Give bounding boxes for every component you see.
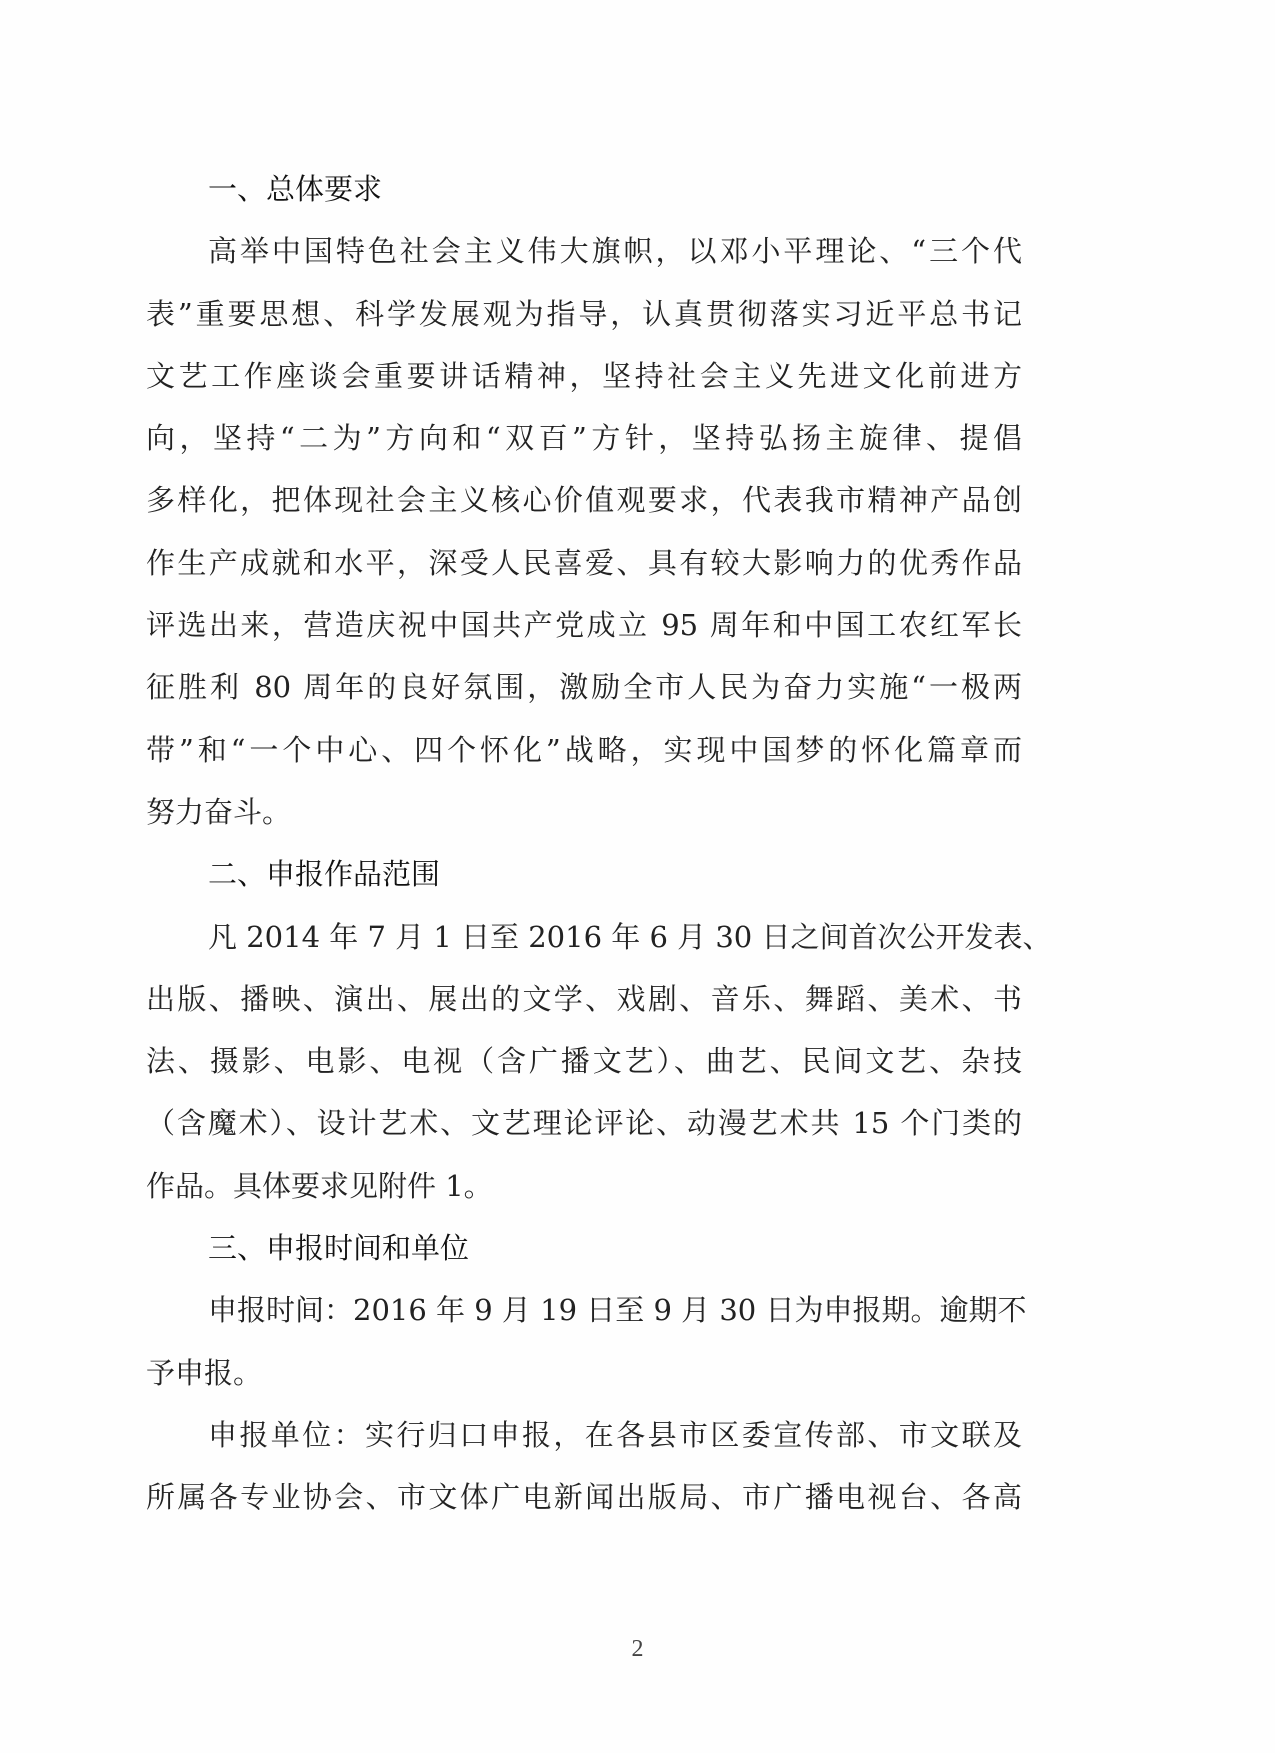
paragraph-line: 所属各专业协会、市文体广电新闻出版局、市广播电视台、各高: [146, 1466, 1022, 1528]
document-page: 一、总体要求 高举中国特色社会主义伟大旗帜，以邓小平理论、“三个代 表”重要思想…: [0, 0, 1275, 1753]
document-body: 一、总体要求 高举中国特色社会主义伟大旗帜，以邓小平理论、“三个代 表”重要思想…: [146, 158, 1022, 1529]
paragraph-line: 作品。具体要求见附件 1。: [146, 1155, 1022, 1217]
paragraph-line: 多样化，把体现社会主义核心价值观要求，代表我市精神产品创: [146, 469, 1022, 531]
paragraph-line: 文艺工作座谈会重要讲话精神，坚持社会主义先进文化前进方: [146, 345, 1022, 407]
paragraph-line: 征胜利 80 周年的良好氛围，激励全市人民为奋力实施“一极两: [146, 656, 1022, 718]
page-number: 2: [0, 1636, 1275, 1663]
paragraph-line: 申报单位：实行归口申报，在各县市区委宣传部、市文联及: [146, 1404, 1022, 1466]
paragraph-line: 带”和“一个中心、四个怀化”战略，实现中国梦的怀化篇章而: [146, 719, 1022, 781]
paragraph-line: 申报时间：2016 年 9 月 19 日至 9 月 30 日为申报期。逾期不: [146, 1279, 1022, 1341]
paragraph-line: 努力奋斗。: [146, 781, 1022, 843]
paragraph-line: （含魔术）、设计艺术、文艺理论评论、动漫艺术共 15 个门类的: [146, 1092, 1022, 1154]
paragraph-line: 评选出来，营造庆祝中国共产党成立 95 周年和中国工农红军长: [146, 594, 1022, 656]
paragraph-line: 高举中国特色社会主义伟大旗帜，以邓小平理论、“三个代: [146, 220, 1022, 282]
paragraph-line: 凡 2014 年 7 月 1 日至 2016 年 6 月 30 日之间首次公开发…: [146, 906, 1022, 968]
paragraph-line: 作生产成就和水平，深受人民喜爱、具有较大影响力的优秀作品: [146, 532, 1022, 594]
section-heading-time-and-units: 三、申报时间和单位: [146, 1217, 1022, 1279]
paragraph-line: 出版、播映、演出、展出的文学、戏剧、音乐、舞蹈、美术、书: [146, 968, 1022, 1030]
paragraph-line: 向，坚持“二为”方向和“双百”方针，坚持弘扬主旋律、提倡: [146, 407, 1022, 469]
section-heading-submission-scope: 二、申报作品范围: [146, 843, 1022, 905]
paragraph-line: 表”重要思想、科学发展观为指导，认真贯彻落实习近平总书记: [146, 283, 1022, 345]
paragraph-line: 法、摄影、电影、电视（含广播文艺）、曲艺、民间文艺、杂技: [146, 1030, 1022, 1092]
paragraph-line: 予申报。: [146, 1342, 1022, 1404]
section-heading-general-requirements: 一、总体要求: [146, 158, 1022, 220]
